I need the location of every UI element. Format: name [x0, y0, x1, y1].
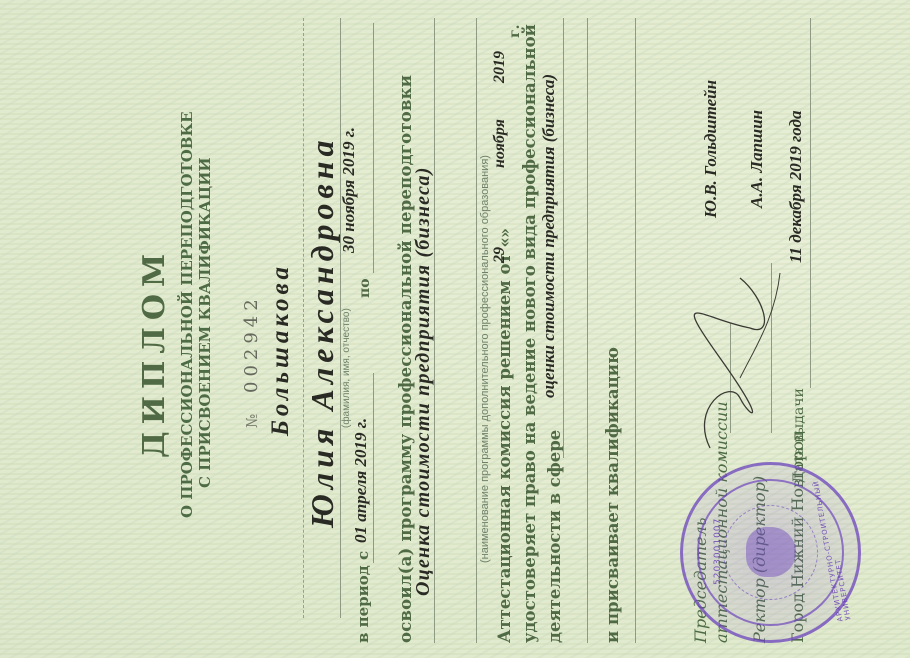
program-line-2	[476, 18, 477, 643]
rector-name: А.А. Лапшин	[748, 110, 765, 208]
period-to-label: по	[358, 278, 372, 298]
issue-date-line	[810, 18, 811, 388]
stamp-code: 5203001007	[713, 518, 723, 585]
commission-day: 29	[492, 247, 508, 263]
diploma-number: 002942	[243, 294, 261, 393]
commission-quote-close: »	[497, 228, 513, 238]
qualification-label: и присваивает квалификацию	[605, 347, 622, 643]
period-to-line	[373, 23, 374, 273]
diploma-number-label: №	[245, 414, 260, 428]
holder-given-names: Юлия Александровна	[306, 135, 338, 528]
holder-surname: Большакова	[268, 263, 293, 436]
coat-of-arms-icon	[746, 528, 796, 578]
activity-line-2	[587, 18, 588, 643]
official-stamp: 5203001007 АРХИТЕКТУРНО-СТРОИТЕЛЬНЫЙ УНИ…	[680, 462, 861, 643]
diploma-title: ДИПЛОМ	[140, 247, 170, 458]
program-caption: (наименование программы дополнительного …	[480, 155, 491, 563]
name-caption: (фамилия, имя, отчество)	[342, 308, 352, 428]
commission-month: ноября	[492, 119, 508, 168]
diploma-subtitle-line1: О ПРОФЕССИОНАЛЬНОЙ ПЕРЕПОДГОТОВКЕ	[180, 111, 195, 518]
certifies-label: удостоверяет право на ведение нового вид…	[522, 24, 539, 643]
qualification-line	[635, 18, 636, 643]
period-from-value: 01 апреля 2019 г.	[352, 418, 369, 543]
activity-line	[563, 18, 564, 458]
program-name: Оценка стоимости предприятия (бизнеса)	[413, 166, 433, 596]
diploma-page: ДИПЛОМ О ПРОФЕССИОНАЛЬНОЙ ПЕРЕПОДГОТОВКЕ…	[0, 0, 910, 658]
activity-value: оценки стоимости предприятия (бизнеса)	[540, 74, 557, 398]
commission-year: 2019	[492, 51, 508, 83]
commission-label: Аттестационная комиссия решением от «	[497, 237, 514, 643]
chair-name: Ю.В. Гольдштейн	[702, 80, 719, 218]
diploma-scan: ДИПЛОМ О ПРОФЕССИОНАЛЬНОЙ ПЕРЕПОДГОТОВКЕ…	[0, 0, 910, 658]
issue-date: 11 декабря 2019 года	[787, 111, 804, 264]
signature-scribble	[680, 268, 790, 468]
period-from-label: в период с	[356, 551, 371, 643]
program-line	[434, 18, 435, 643]
period-to-value: 30 ноября 2019 г.	[340, 127, 357, 253]
activity-label: деятельности в сфере	[547, 430, 564, 643]
period-from-line	[373, 373, 374, 563]
diploma-subtitle-line2: С ПРИСВОЕНИЕМ КВАЛИФИКАЦИИ	[198, 157, 213, 488]
